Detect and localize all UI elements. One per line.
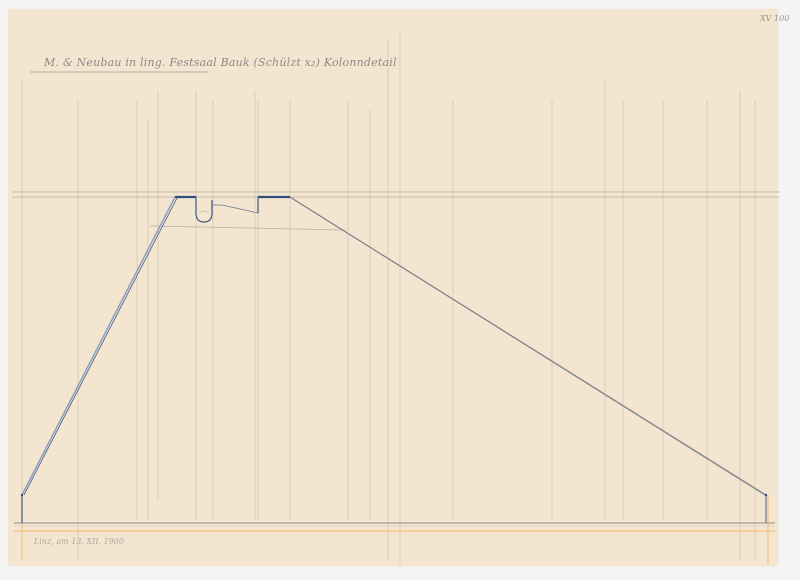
horizontal-reference-lines — [12, 192, 780, 230]
sheet-number: XV 100 — [760, 14, 789, 23]
vertical-grid-lines — [22, 30, 755, 565]
drawing-title: M. & Neubau in ling. Festsaal Bauk (Schü… — [44, 56, 397, 69]
main-figure-outline — [21, 197, 767, 523]
drawing-stage: M. & Neubau in ling. Festsaal Bauk (Schü… — [0, 0, 800, 580]
drawing-canvas — [0, 0, 800, 580]
date-note: Linz, am 13. XII. 1900 — [34, 537, 124, 546]
